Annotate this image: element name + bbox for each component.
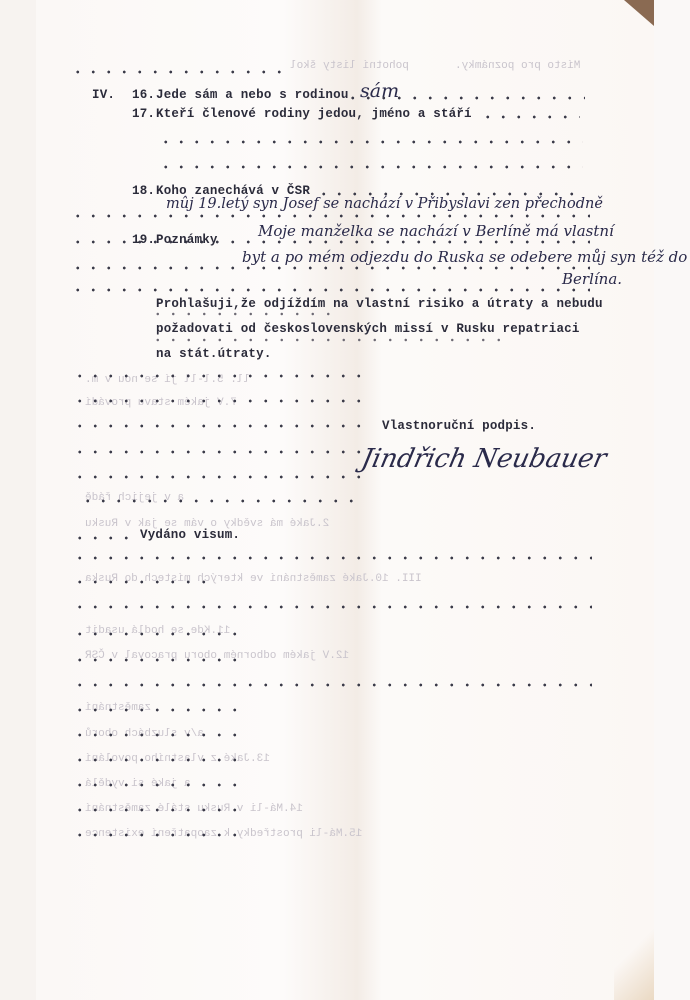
paper-stain — [614, 920, 654, 1000]
dotted-line — [72, 374, 362, 378]
dotted-line — [72, 475, 362, 479]
item-17-label: Kteří členové rodiny jedou, jméno a stář… — [156, 107, 472, 121]
dotted-line — [72, 708, 242, 712]
dotted-line — [72, 733, 242, 737]
dotted-line — [158, 165, 583, 169]
section-label: IV. — [92, 88, 115, 102]
declaration-line-2: požadovati od československých missí v R… — [156, 322, 580, 336]
dotted-line — [72, 450, 362, 454]
dotted-line — [72, 605, 592, 609]
dotted-line — [72, 783, 242, 787]
dotted-line — [80, 499, 360, 503]
dotted-line — [72, 399, 362, 403]
item-16-label: Jede sám a nebo s rodinou — [156, 88, 349, 102]
page-margin — [654, 0, 690, 1000]
dotted-line — [150, 338, 510, 342]
dotted-line — [72, 833, 242, 837]
dotted-line — [480, 115, 580, 119]
dotted-line — [72, 683, 592, 687]
item-17-number: 17. — [132, 107, 155, 121]
dotted-line — [72, 658, 242, 662]
dotted-line — [72, 556, 592, 560]
dotted-line — [72, 536, 132, 540]
dotted-line — [70, 214, 590, 218]
item-16-number: 16. — [132, 88, 155, 102]
item-19-answer-line2: byt a po mém odjezdu do Ruska se odebere… — [242, 248, 687, 266]
ghost-text: pohotní listy škol — [290, 60, 409, 72]
declaration-line-1: Prohlašuji,že odjíždím na vlastní risiko… — [156, 297, 603, 311]
dotted-line — [150, 312, 330, 316]
dotted-line — [72, 758, 242, 762]
item-18-number: 18. — [132, 184, 155, 198]
dotted-line — [72, 808, 242, 812]
dotted-line — [72, 632, 242, 636]
item-19-number: 19. — [132, 233, 155, 247]
dotted-line — [70, 266, 590, 270]
dotted-line — [158, 140, 583, 144]
ghost-text: Místo pro poznámky. — [455, 60, 580, 72]
dotted-line — [70, 288, 590, 292]
item-19-label: Poznámky — [156, 233, 218, 247]
dotted-line — [70, 70, 290, 74]
visa-label: Vydáno visum. — [140, 528, 240, 542]
dotted-line — [72, 424, 362, 428]
signature: Jindřich Neubauer — [359, 444, 609, 474]
item-19-answer-line1: Moje manželka se nachází v Berlíně má vl… — [258, 222, 614, 240]
folded-corner — [624, 0, 654, 26]
dotted-line — [345, 96, 585, 100]
dotted-line — [72, 580, 212, 584]
item-19-answer-line3: Berlína. — [562, 270, 622, 288]
signature-label: Vlastnoruční podpis. — [382, 419, 536, 433]
item-18-answer: mûj 19.letý syn Josef se nachází v Přiby… — [166, 196, 603, 212]
declaration-line-3: na stát.útraty. — [156, 347, 272, 361]
